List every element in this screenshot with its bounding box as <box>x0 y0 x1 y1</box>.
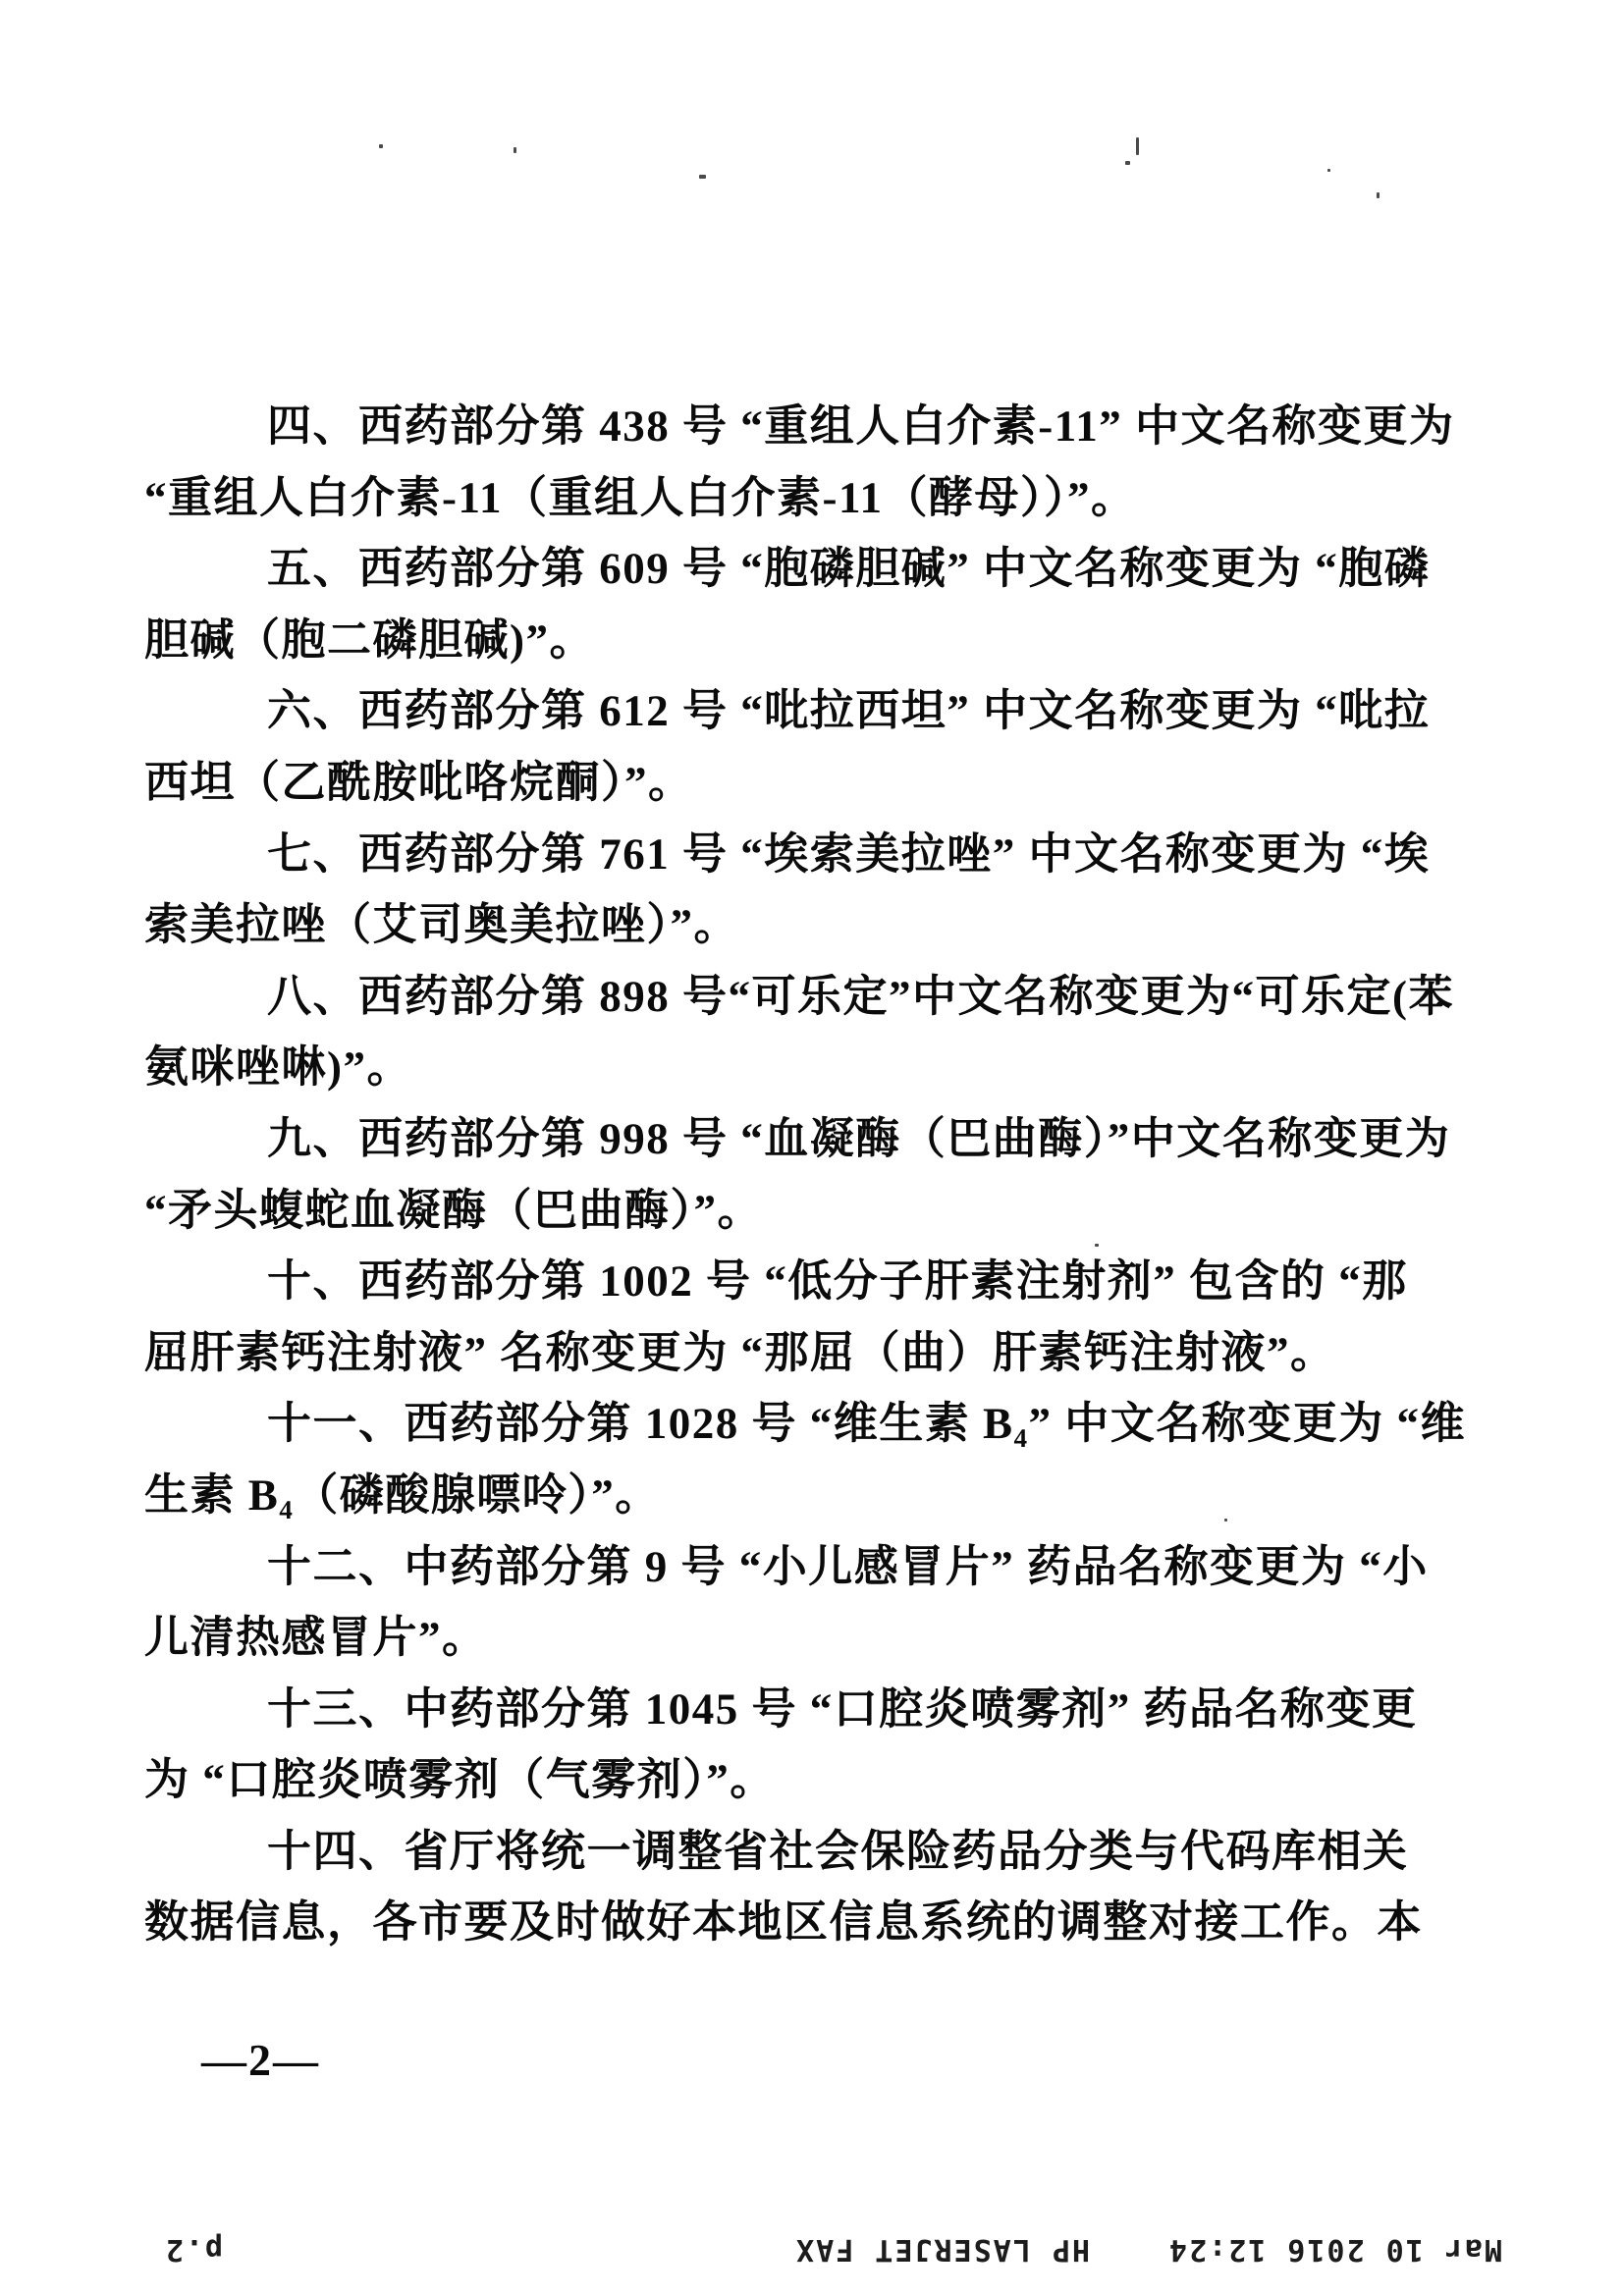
fax-header: Mar 10 2016 12:24 HP LASERJET FAX p.2 <box>0 2229 1623 2269</box>
paragraph-item-8: 八、西药部分第 898 号“可乐定”中文名称变更为“可乐定(苯 氨咪唑啉)”。 <box>144 961 1450 1103</box>
scanned-document-page: 四、西药部分第 438 号 “重组人白介素-11” 中文名称变更为 “重组人白介… <box>0 0 1623 2296</box>
fax-page-label: p.2 <box>164 2232 223 2267</box>
paragraph-item-6: 六、西药部分第 612 号 “吡拉西坦” 中文名称变更为 “吡拉 西坦（乙酰胺吡… <box>144 675 1450 818</box>
document-line: 九、西药部分第 998 号 “血凝酶（巴曲酶）”中文名称变更为 <box>144 1103 1450 1175</box>
page-number: —2— <box>201 2034 320 2086</box>
document-line: 儿清热感冒片”。 <box>144 1602 1450 1674</box>
document-line: 十一、西药部分第 1028 号 “维生素 B₄” 中文名称变更为 “维 <box>144 1388 1450 1460</box>
paragraph-item-5: 五、西药部分第 609 号 “胞磷胆碱” 中文名称变更为 “胞磷 胆碱（胞二磷胆… <box>144 533 1450 675</box>
document-line: 生素 B₄（磷酸腺嘌呤）”。 <box>144 1460 1450 1531</box>
scan-artifact <box>1377 192 1380 198</box>
document-line: 八、西药部分第 898 号“可乐定”中文名称变更为“可乐定(苯 <box>144 961 1450 1033</box>
document-line: 西坦（乙酰胺吡咯烷酮）”。 <box>144 747 1450 819</box>
document-line: 氨咪唑啉)”。 <box>144 1032 1450 1103</box>
scan-artifact <box>1125 161 1130 165</box>
document-body: 四、西药部分第 438 号 “重组人白介素-11” 中文名称变更为 “重组人白介… <box>144 391 1450 1958</box>
paragraph-item-14: 十四、省厅将统一调整省社会保险药品分类与代码库相关 数据信息，各市要及时做好本地… <box>144 1816 1450 1958</box>
document-line: 四、西药部分第 438 号 “重组人白介素-11” 中文名称变更为 <box>144 391 1450 462</box>
document-line: 六、西药部分第 612 号 “吡拉西坦” 中文名称变更为 “吡拉 <box>144 675 1450 747</box>
scan-artifact <box>1136 137 1139 155</box>
paragraph-item-13: 十三、中药部分第 1045 号 “口腔炎喷雾剂” 药品名称变更 为 “口腔炎喷雾… <box>144 1674 1450 1816</box>
document-line: 胆碱（胞二磷胆碱)”。 <box>144 605 1450 676</box>
paragraph-item-7: 七、西药部分第 761 号 “埃索美拉唑” 中文名称变更为 “埃 索美拉唑（艾司… <box>144 819 1450 961</box>
paragraph-item-11: 十一、西药部分第 1028 号 “维生素 B₄” 中文名称变更为 “维 生素 B… <box>144 1388 1450 1530</box>
document-line: 索美拉唑（艾司奥美拉唑）”。 <box>144 889 1450 961</box>
paragraph-item-12: 十二、中药部分第 9 号 “小儿感冒片” 药品名称变更为 “小 儿清热感冒片”。 <box>144 1531 1450 1674</box>
scan-artifact <box>379 144 383 148</box>
scan-artifact <box>1327 169 1330 172</box>
document-line: 十三、中药部分第 1045 号 “口腔炎喷雾剂” 药品名称变更 <box>144 1674 1450 1745</box>
fax-timestamp: Mar 10 2016 12:24 <box>1167 2232 1502 2267</box>
paragraph-item-9: 九、西药部分第 998 号 “血凝酶（巴曲酶）”中文名称变更为 “矛头蝮蛇血凝酶… <box>144 1103 1450 1246</box>
document-line: “矛头蝮蛇血凝酶（巴曲酶）”。 <box>144 1175 1450 1247</box>
document-line: 五、西药部分第 609 号 “胞磷胆碱” 中文名称变更为 “胞磷 <box>144 533 1450 605</box>
fax-device-name: HP LASERJET FAX <box>794 2232 1090 2267</box>
document-line: 数据信息，各市要及时做好本地区信息系统的调整对接工作。本 <box>144 1887 1450 1958</box>
paragraph-item-10: 十、西药部分第 1002 号 “低分子肝素注射剂” 包含的 “那 屈肝素钙注射液… <box>144 1246 1450 1388</box>
document-line: 屈肝素钙注射液” 名称变更为 “那屈（曲）肝素钙注射液”。 <box>144 1317 1450 1389</box>
scan-artifact <box>699 175 706 179</box>
document-line: 十四、省厅将统一调整省社会保险药品分类与代码库相关 <box>144 1816 1450 1888</box>
document-line: 七、西药部分第 761 号 “埃索美拉唑” 中文名称变更为 “埃 <box>144 819 1450 890</box>
document-line: “重组人白介素-11（重组人白介素-11（酵母））”。 <box>144 462 1450 534</box>
scan-artifact <box>514 147 516 153</box>
document-line: 十二、中药部分第 9 号 “小儿感冒片” 药品名称变更为 “小 <box>144 1531 1450 1603</box>
paragraph-item-4: 四、西药部分第 438 号 “重组人白介素-11” 中文名称变更为 “重组人白介… <box>144 391 1450 533</box>
document-line: 十、西药部分第 1002 号 “低分子肝素注射剂” 包含的 “那 <box>144 1246 1450 1317</box>
document-line: 为 “口腔炎喷雾剂（气雾剂）”。 <box>144 1744 1450 1816</box>
